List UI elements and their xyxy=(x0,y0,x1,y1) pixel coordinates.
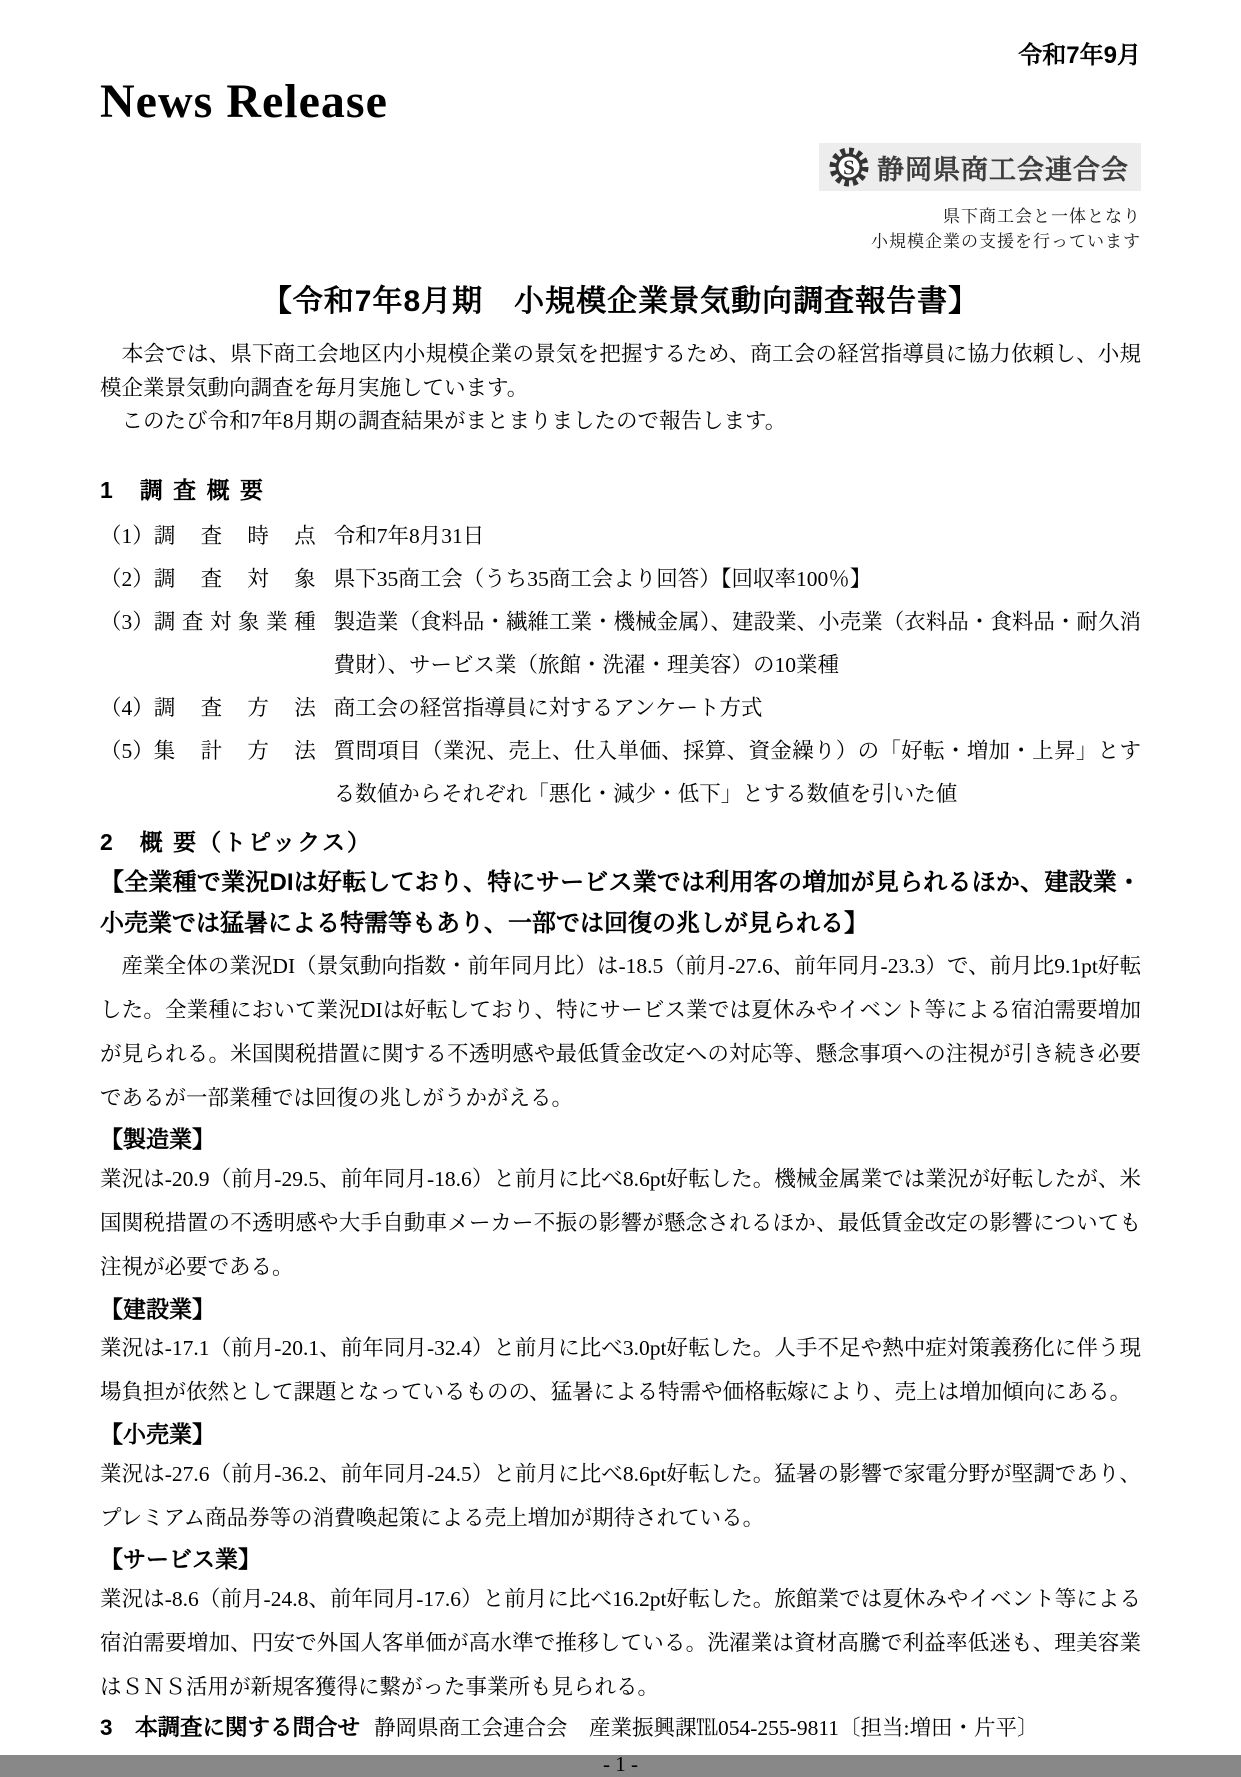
contact-block: 3 本調査に関する問合せ 静岡県商工会連合会 産業振興課℡054-255-981… xyxy=(100,1710,1141,1742)
industry-construction: 【建設業】 業況は-17.1（前月-20.1、前年同月-32.4）と前月に比べ3… xyxy=(100,1290,1141,1415)
gear-letter: S xyxy=(843,156,855,180)
item-label: 調査対象 xyxy=(154,558,316,601)
report-title: 【令和7年8月期 小規模企業景気動向調査報告書】 xyxy=(100,276,1141,320)
item-value: 県下35商工会（うち35商工会より回答）【回収率100％】 xyxy=(334,558,1141,601)
contact-info: 静岡県商工会連合会 産業振興課℡054-255-9811〔担当:増田・片平〕 xyxy=(374,1711,1039,1742)
item-label: 集計方法 xyxy=(154,730,316,773)
news-release-page: 令和7年9月 News Release S 静岡県商工会連合会 県下商工会と一体… xyxy=(0,0,1241,1755)
industry-heading: 【サービス業】 xyxy=(100,1542,1141,1578)
industry-heading: 【建設業】 xyxy=(100,1292,1141,1328)
item-number: （2） xyxy=(100,558,154,601)
news-release-wordmark: News Release xyxy=(100,77,1141,127)
survey-outline-list: （1） 調査時点 令和7年8月31日 （2） 調査対象 県下35商工会（うち35… xyxy=(100,515,1141,816)
intro-block: 本会では、県下商工会地区内小規模企業の景気を把握するため、商工会の経営指導員に協… xyxy=(100,338,1141,438)
section1-heading: 1 調 査 概 要 xyxy=(100,472,1141,505)
org-name: 静岡県商工会連合会 xyxy=(877,148,1129,187)
survey-item-method: （4） 調査方法 商工会の経営指導員に対するアンケート方式 xyxy=(100,687,1141,730)
item-number: （5） xyxy=(100,730,154,773)
section2-heading: 2 概 要（トピックス） xyxy=(100,824,1141,857)
overall-summary-paragraph: 産業全体の業況DI（景気動向指数・前年同月比）は-18.5（前月-27.6、前年… xyxy=(100,945,1141,1120)
industry-text: 業況は-8.6（前月-24.8、前年同月-17.6）と前月に比べ16.2pt好転… xyxy=(100,1578,1141,1710)
intro-paragraph-2: このたび令和7年8月期の調査結果がまとまりましたので報告します。 xyxy=(100,405,1141,438)
survey-item-date: （1） 調査時点 令和7年8月31日 xyxy=(100,515,1141,558)
industry-text: 業況は-27.6（前月-36.2、前年同月-24.5）と前月に比べ8.6pt好転… xyxy=(100,1453,1141,1541)
gear-icon: S xyxy=(829,147,869,187)
section3-heading: 3 本調査に関する問合せ xyxy=(100,1710,360,1742)
topic-headline: 【全業種で業況DIは好転しており、特にサービス業では利用客の増加が見られるほか、… xyxy=(100,863,1141,945)
item-value: 質問項目（業況、売上、仕入単価、採算、資金繰り）の「好転・増加・上昇」とする数値… xyxy=(334,730,1141,816)
industry-heading: 【小売業】 xyxy=(100,1417,1141,1453)
industry-service: 【サービス業】 業況は-8.6（前月-24.8、前年同月-17.6）と前月に比べ… xyxy=(100,1540,1141,1709)
industry-text: 業況は-17.1（前月-20.1、前年同月-32.4）と前月に比べ3.0pt好転… xyxy=(100,1327,1141,1415)
item-value: 令和7年8月31日 xyxy=(334,515,1141,558)
industry-manufacturing: 【製造業】 業況は-20.9（前月-29.5、前年同月-18.6）と前月に比べ8… xyxy=(100,1120,1141,1289)
intro-paragraph-1: 本会では、県下商工会地区内小規模企業の景気を把握するため、商工会の経営指導員に協… xyxy=(100,338,1141,405)
survey-item-target: （2） 調査対象 県下35商工会（うち35商工会より回答）【回収率100％】 xyxy=(100,558,1141,601)
item-label: 調査方法 xyxy=(154,687,316,730)
item-number: （4） xyxy=(100,687,154,730)
item-label: 調査時点 xyxy=(154,515,316,558)
tagline-line-1: 県下商工会と一体となり xyxy=(100,205,1141,230)
org-logo-row: S 静岡県商工会連合会 xyxy=(100,143,1141,191)
survey-item-industries: （3） 調査対象業種 製造業（食料品・繊維工業・機械金属）、建設業、小売業（衣料… xyxy=(100,601,1141,687)
item-number: （3） xyxy=(100,601,154,644)
tagline-line-2: 小規模企業の支援を行っています xyxy=(100,230,1141,255)
industry-retail: 【小売業】 業況は-27.6（前月-36.2、前年同月-24.5）と前月に比べ8… xyxy=(100,1415,1141,1540)
industry-text: 業況は-20.9（前月-29.5、前年同月-18.6）と前月に比べ8.6pt好転… xyxy=(100,1158,1141,1290)
issue-date: 令和7年9月 xyxy=(100,42,1141,71)
item-number: （1） xyxy=(100,515,154,558)
item-label: 調査対象業種 xyxy=(154,601,316,644)
org-tagline: 県下商工会と一体となり 小規模企業の支援を行っています xyxy=(100,205,1141,254)
industry-heading: 【製造業】 xyxy=(100,1122,1141,1158)
survey-item-tabulation: （5） 集計方法 質問項目（業況、売上、仕入単価、採算、資金繰り）の「好転・増加… xyxy=(100,730,1141,816)
item-value: 商工会の経営指導員に対するアンケート方式 xyxy=(334,687,1141,730)
item-value: 製造業（食料品・繊維工業・機械金属）、建設業、小売業（衣料品・食料品・耐久消費財… xyxy=(334,601,1141,687)
org-logo: S 静岡県商工会連合会 xyxy=(819,143,1141,191)
page-number: - 1 - xyxy=(100,1752,1141,1777)
